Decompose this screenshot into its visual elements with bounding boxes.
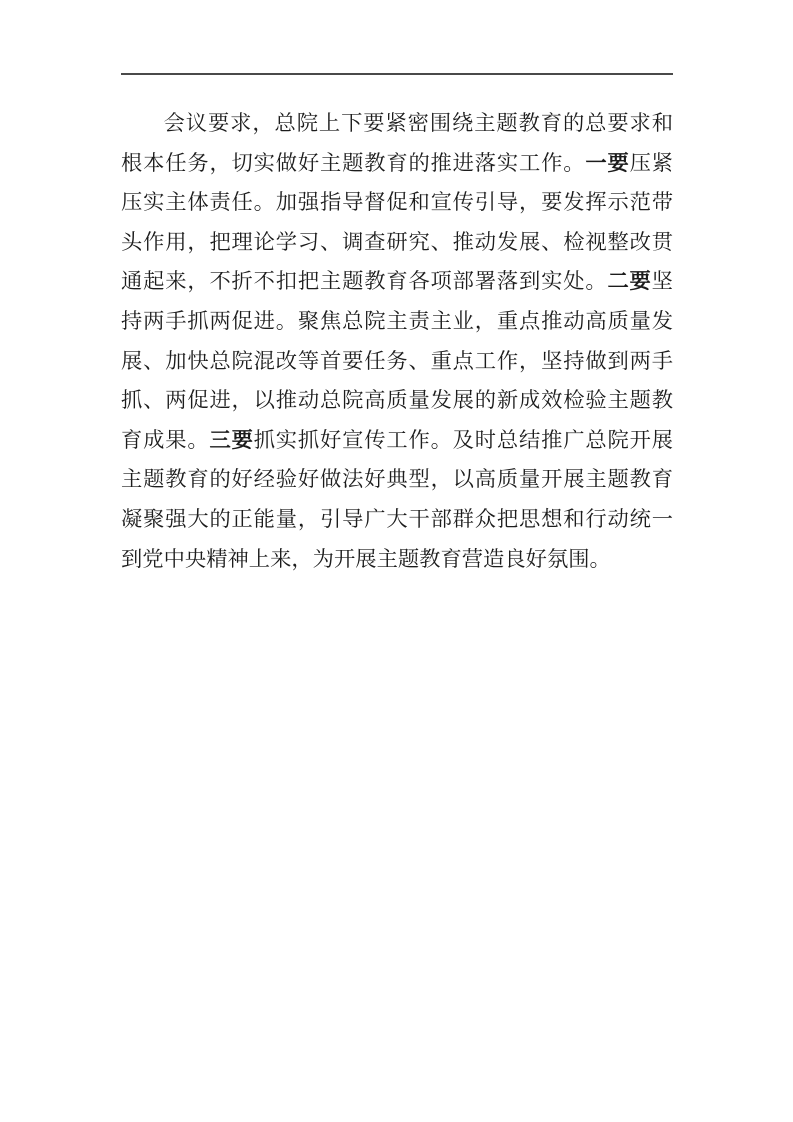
paragraph-segment: 坚持两手抓两促进。聚焦总院主责主业，重点推动高质量发展、加快总院混改等首要任务、…	[121, 269, 673, 452]
paragraph-segment-emphasis-eryao: 二要	[607, 269, 651, 294]
paragraph-segment-emphasis-yiyao: 一要	[585, 151, 629, 176]
header-rule-divider	[121, 73, 673, 75]
body-paragraph: 会议要求，总院上下要紧密围绕主题教育的总要求和根本任务，切实做好主题教育的推进落…	[121, 104, 673, 579]
document-body: 会议要求，总院上下要紧密围绕主题教育的总要求和根本任务，切实做好主题教育的推进落…	[121, 104, 673, 579]
paragraph-segment-emphasis-sanyao: 三要	[209, 428, 253, 453]
document-page: 会议要求，总院上下要紧密围绕主题教育的总要求和根本任务，切实做好主题教育的推进落…	[0, 0, 793, 1122]
